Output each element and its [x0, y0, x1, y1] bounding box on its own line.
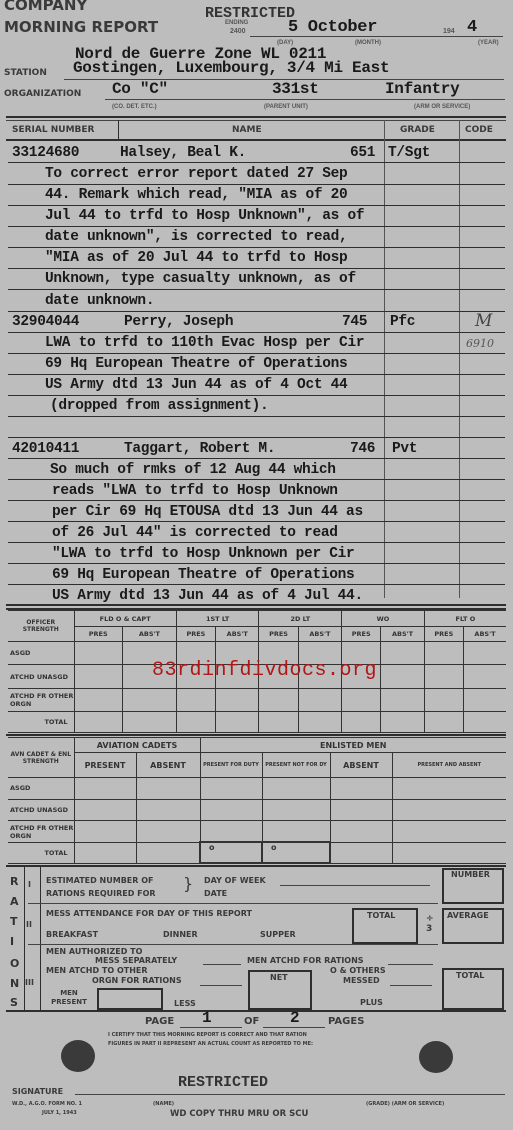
col-absent-em: ABSENT [330, 753, 392, 778]
sublabel-parent-unit: (PARENT UNIT) [264, 104, 308, 110]
col-present-and-absent: PRESENT AND ABSENT [392, 753, 506, 778]
day-of-week-label: DAY OF WEEK [204, 876, 266, 885]
supper-label: SUPPER [260, 930, 296, 939]
o-and-others-label: O & OTHERS [330, 966, 386, 975]
subcol-abst: ABS'T [463, 627, 506, 641]
entry-remark: Unknown, type casualty unknown, as of [45, 271, 356, 287]
column-code: CODE [465, 125, 493, 135]
entry-remark: US Army dtd 13 Jun 44 as of 4 Oct 44 [45, 377, 347, 393]
subcol-pres: PRES [342, 627, 381, 641]
year-digit: 4 [467, 18, 477, 37]
row-asgd: ASGD [8, 778, 74, 800]
enlisted-men-header: ENLISTED MEN [200, 738, 506, 753]
page-number: 1 [202, 1009, 211, 1027]
ending-time: 2400 [230, 28, 246, 35]
col-present: PRESENT [74, 753, 136, 778]
entry-name: Halsey, Beal K. [120, 145, 246, 161]
entry-remark: date unknown", is corrected to read, [45, 229, 347, 245]
section-numeral: III [25, 978, 34, 987]
rations-estimated-label: ESTIMATED NUMBER OF [46, 876, 153, 885]
month-label: (MONTH) [355, 40, 381, 46]
entry-remark: Jul 44 to trfd to Hosp Unknown", as of [45, 208, 364, 224]
row-total: TOTAL [8, 712, 74, 733]
officer-strength-title: OFFICER STRENGTH [8, 611, 74, 642]
column-name: NAME [232, 125, 262, 135]
men-atchd-to-other-label: MEN ATCHD TO OTHER [46, 966, 148, 975]
col-present-not-for-dy: PRESENT NOT FOR DY [262, 753, 330, 778]
men-present-box[interactable] [97, 988, 163, 1010]
entry-code-handwritten: M [475, 311, 492, 331]
organization-arm: Infantry [385, 80, 459, 98]
rations-total-label: TOTAL [456, 971, 484, 980]
row-total: TOTAL [8, 842, 74, 863]
subcol-pres: PRES [259, 627, 298, 641]
col-present-for-duty: PRESENT FOR DUTY [200, 753, 262, 778]
grade-arm-label: (GRADE) (ARM OR SERVICE) [366, 1101, 444, 1107]
certify-line-2: FIGURES IN PART II REPRESENT AN ACTUAL C… [108, 1041, 313, 1047]
entry-remark: "MIA as of 20 Jul 44 to trfd to Hosp [45, 250, 347, 266]
row-atchd-unasgd: ATCHD UNASGD [8, 665, 74, 689]
restricted-stamp-top: RESTRICTED [205, 5, 295, 22]
rations-letter: R [10, 875, 18, 888]
entry-remark: of 26 Jul 44" is corrected to read [52, 525, 338, 541]
section-numeral: I [28, 880, 31, 889]
men-atchd-for-rations-label: MEN ATCHD FOR RATIONS [247, 956, 364, 965]
sublabel-arm: (ARM OR SERVICE) [414, 104, 470, 110]
ending-label: ENDING [225, 20, 248, 26]
rations-letter: S [10, 996, 18, 1009]
watermark-text: 83rdinfdivdocs.org [152, 659, 377, 682]
mess-attendance-title: MESS ATTENDANCE FOR DAY OF THIS REPORT [46, 909, 252, 918]
entry-remark: LWA to trfd to 110th Evac Hosp per Cir [45, 335, 364, 351]
form-title-morning-report: MORNING REPORT [4, 18, 158, 36]
entry-mos: 746 [350, 441, 375, 457]
entry-serial: 32904044 [12, 314, 79, 330]
mess-total-label: TOTAL [367, 911, 395, 920]
entry-remark: So much of rmks of 12 Aug 44 which [50, 462, 336, 478]
aviation-cadets-header: AVIATION CADETS [74, 738, 200, 753]
restricted-stamp-bottom: RESTRICTED [178, 1074, 268, 1091]
organization-company: Co "C" [112, 80, 168, 98]
binder-hole-right [419, 1041, 453, 1073]
entry-remark: date unknown. [45, 293, 154, 309]
entry-remark: per Cir 69 Hq ETOUSA dtd 13 Jun 44 as [52, 504, 363, 520]
entry-remark: To correct error report dated 27 Sep [45, 166, 347, 182]
entry-code-note-handwritten: 6910 [466, 337, 494, 350]
group-wo: WO [342, 611, 425, 627]
column-serial-number: SERIAL NUMBER [12, 125, 94, 135]
group-fld-o-capt: FLD O & CAPT [74, 611, 176, 627]
row-asgd: ASGD [8, 641, 74, 665]
form-number: W.D., A.G.O. FORM NO. 1 [12, 1101, 82, 1107]
rations-required-label: RATIONS REQUIRED FOR [46, 889, 156, 898]
column-grade: GRADE [400, 125, 435, 135]
sublabel-company: (CO. DET. ETC.) [112, 104, 157, 110]
organization-label: ORGANIZATION [4, 89, 81, 99]
rations-letter: A [10, 895, 19, 908]
date-label: DATE [204, 889, 227, 898]
brace-icon: } [183, 874, 193, 893]
station-line-2: Gostingen, Luxembourg, 3/4 Mi East [73, 59, 389, 77]
entry-serial: 42010411 [12, 441, 79, 457]
entry-grade: Pfc [390, 314, 415, 330]
enlisted-strength-title: AVN CADET & ENL STRENGTH [8, 738, 74, 778]
subcol-abst: ABS'T [381, 627, 425, 641]
copy-note: WD COPY THRU MRU OR SCU [170, 1109, 308, 1119]
number-label: NUMBER [451, 870, 490, 879]
entry-remark: (dropped from assignment). [50, 398, 268, 414]
pages-label: PAGES [328, 1016, 364, 1027]
entry-serial: 33124680 [12, 145, 79, 161]
organization-parent-unit: 331st [272, 80, 319, 98]
row-atchd-fr-other-orgn: ATCHD FR OTHER ORGN [8, 821, 74, 843]
subcol-abst: ABS'T [298, 627, 342, 641]
year-label: (YEAR) [478, 40, 499, 46]
entry-name: Taggart, Robert M. [124, 441, 275, 457]
plus-label: PLUS [360, 998, 383, 1007]
mess-separately-label: MESS SEPARATELY [95, 956, 177, 965]
page-label: PAGE [145, 1016, 174, 1027]
subcol-pres: PRES [74, 627, 122, 641]
total-mark: o [262, 842, 330, 863]
enlisted-strength-table: AVN CADET & ENL STRENGTH AVIATION CADETS… [8, 737, 506, 864]
less-label: LESS [174, 999, 196, 1008]
rations-letter: N [10, 977, 19, 990]
entry-grade: T/Sgt [388, 145, 430, 161]
page-total: 2 [290, 1009, 299, 1027]
subcol-pres: PRES [176, 627, 215, 641]
entry-remark: US Army dtd 13 Jun 44 as of 4 Jul 44. [52, 588, 363, 604]
binder-hole-left [61, 1040, 95, 1072]
entry-remark: reads "LWA to trfd to Hosp Unknown [52, 483, 338, 499]
report-date: 5 October [288, 18, 377, 37]
entry-mos: 651 [350, 145, 375, 161]
subcol-abst: ABS'T [122, 627, 176, 641]
entry-remark: 69 Hq European Theatre of Operations [45, 356, 347, 372]
row-atchd-fr-other-orgn: ATCHD FR OTHER ORGN [8, 688, 74, 712]
subcol-abst: ABS'T [215, 627, 259, 641]
rations-letter: I [10, 935, 14, 948]
entry-remark: 44. Remark which read, "MIA as of 20 [45, 187, 347, 203]
group-2d-lt: 2D LT [259, 611, 342, 627]
average-label: AVERAGE [447, 911, 489, 920]
entry-remark: 69 Hq European Theatre of Operations [52, 567, 354, 583]
form-date: JULY 1, 1943 [42, 1110, 77, 1116]
net-label: NET [270, 973, 288, 982]
entry-grade: Pvt [392, 441, 417, 457]
men-authorized-label: MEN AUTHORIZED TO [46, 947, 142, 956]
group-flt-o: FLT O [424, 611, 506, 627]
of-label: OF [244, 1016, 259, 1027]
section-numeral: II [26, 920, 32, 929]
rations-letter: T [10, 915, 18, 928]
entry-name: Perry, Joseph [124, 314, 233, 330]
entry-mos: 745 [342, 314, 367, 330]
total-mark: o [200, 842, 262, 863]
rations-letter: O [10, 957, 19, 970]
row-atchd-unasgd: ATCHD UNASGD [8, 799, 74, 821]
group-1st-lt: 1ST LT [176, 611, 259, 627]
orgn-for-rations-label: ORGN FOR RATIONS [92, 976, 182, 985]
subcol-pres: PRES [424, 627, 463, 641]
morning-report-form: COMPANY MORNING REPORT RESTRICTED ENDING… [0, 0, 513, 1130]
divide-by-three: ÷ 3 [426, 914, 434, 934]
station-label: STATION [4, 68, 47, 78]
men-present-label: MEN PRESENT [44, 989, 94, 1007]
dinner-label: DINNER [163, 930, 198, 939]
form-title-company: COMPANY [4, 0, 87, 14]
signature-label: SIGNATURE [12, 1087, 63, 1096]
col-absent: ABSENT [136, 753, 200, 778]
certify-line-1: I CERTIFY THAT THIS MORNING REPORT IS CO… [108, 1032, 307, 1038]
messed-label: MESSED [343, 976, 380, 985]
entry-remark: "LWA to trfd to Hosp Unknown per Cir [52, 546, 354, 562]
year-prefix: 194 [443, 28, 455, 35]
breakfast-label: BREAKFAST [46, 930, 98, 939]
name-label: (NAME) [153, 1101, 174, 1107]
